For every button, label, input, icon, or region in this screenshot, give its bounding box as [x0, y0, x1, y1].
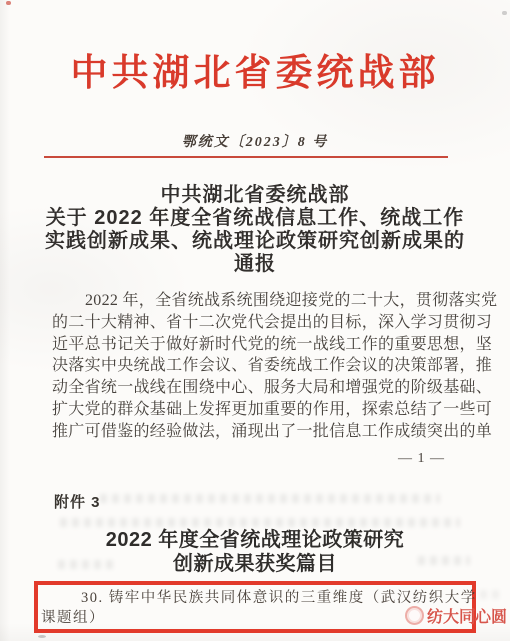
bleedthrough-artifact — [60, 518, 460, 527]
document-title-line: 通报 — [18, 253, 492, 276]
document-title-line: 关于 2022 年度全省统战信息工作、统战工作 — [18, 207, 492, 230]
body-line: 的二十大精神、省十二次党代会提出的目标，深入学习贯彻习 — [52, 312, 458, 334]
attachment-title-line: 创新成果获奖篇目 — [0, 552, 510, 576]
red-separator-line — [44, 156, 448, 158]
document-title: 中共湖北省委统战部 关于 2022 年度全省统战信息工作、统战工作 实践创新成果… — [18, 184, 492, 276]
body-line: 近平总书记关于做好新时代党的统一战线工作的重要思想，坚 — [52, 334, 458, 356]
attachment-title: 2022 年度全省统战理论政策研究 创新成果获奖篇目 — [0, 528, 510, 576]
letterhead-title: 中共湖北省委统战部 — [0, 54, 510, 94]
scan-artifact — [38, 635, 46, 638]
watermark-logo-icon — [405, 606, 424, 625]
attachment-title-line: 2022 年度全省统战理论政策研究 — [0, 528, 510, 552]
scan-artifact — [502, 11, 507, 15]
body-line: 扩大党的群众基础上发挥更加重要的作用，探索总结了一些可 — [52, 399, 458, 421]
page-number: — 1 — — [398, 451, 445, 467]
watermark-label: 纺大同心圆 — [427, 604, 507, 627]
body-paragraph: 2022 年，全省统战系统围绕迎接党的二十大，贯彻落实党 的二十大精神、省十二次… — [52, 290, 458, 443]
body-line: 2022 年，全省统战系统围绕迎接党的二十大，贯彻落实党 — [52, 290, 458, 312]
scanned-document-page: 中共湖北省委统战部 鄂统文〔2023〕8 号 中共湖北省委统战部 关于 2022… — [0, 0, 510, 641]
scan-artifact — [6, 1, 11, 5]
body-line: 动全省统一战线在围绕中心、服务大局和增强党的阶级基础、 — [52, 377, 458, 399]
document-title-line: 实践创新成果、统战理论政策研究创新成果的 — [18, 230, 492, 253]
body-line: 推广可借鉴的经验做法，涌现出了一批信息工作成绩突出的单 — [52, 421, 458, 443]
bleedthrough-artifact — [480, 590, 504, 599]
document-number: 鄂统文〔2023〕8 号 — [0, 134, 510, 151]
attachment-label: 附件 3 — [54, 491, 101, 512]
body-line: 决落实中央统战工作会议、省委统战工作会议的决策部署，推 — [52, 355, 458, 377]
bleedthrough-artifact — [100, 494, 440, 503]
document-title-line: 中共湖北省委统战部 — [18, 184, 492, 207]
watermark: 纺大同心圆 — [405, 604, 507, 627]
